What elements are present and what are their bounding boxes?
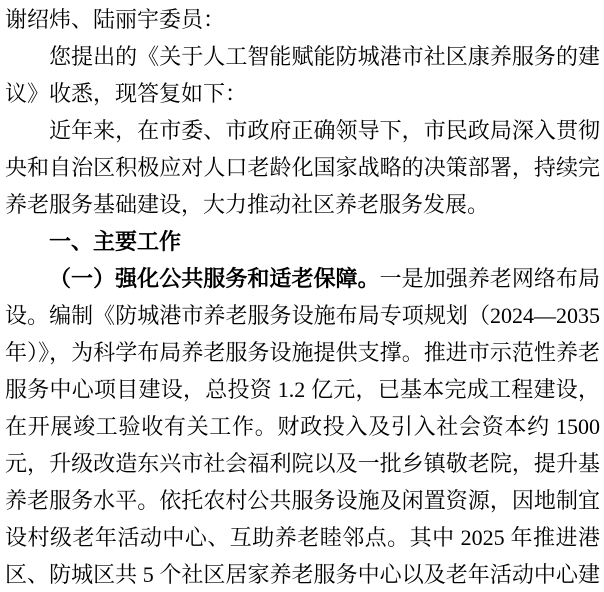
body-text: 设。编制《防城港市养老服务设施布局专项规划（2024—2035	[5, 303, 600, 328]
document-page: 谢绍炜、陆丽宇委员： 您提出的《关于人工智能赋能防城港市社区康养服务的建 议》收…	[0, 0, 604, 592]
body-text: 设村级老年活动中心、互助养老睦邻点。其中 2025 年推进港口	[5, 525, 600, 556]
salutation-text: 谢绍炜、陆丽宇委员：	[5, 7, 225, 32]
body-paragraph-line: 元，升级改造东兴市社会福利院以及一批乡镇敬老院，提升基层	[5, 445, 600, 482]
intro-paragraph-line: 议》收悉，现答复如下：	[5, 75, 600, 112]
bold-lead-phrase: （一）强化公共服务和适老保障。	[49, 266, 380, 291]
body-paragraph-line: 设村级老年活动中心、互助养老睦邻点。其中 2025 年推进港口	[5, 519, 600, 556]
background-text: 央和自治区积极应对人口老龄化国家战略的决策部署，持续完善	[5, 155, 600, 186]
background-paragraph-line: 养老服务基础建设，大力推动社区养老服务发展。	[5, 186, 600, 223]
body-text: 年）》，为科学布局养老服务设施提供支撑。推进市示范性养老	[5, 340, 600, 365]
body-text: 服务中心项目建设，总投资 1.2 亿元，已基本完成工程建设，正	[5, 377, 600, 408]
background-text: 养老服务基础建设，大力推动社区养老服务发展。	[5, 192, 489, 217]
intro-paragraph-line: 您提出的《关于人工智能赋能防城港市社区康养服务的建	[5, 38, 600, 75]
body-text: 养老服务水平。依托农村公共服务设施及闲置资源，因地制宜建	[5, 488, 600, 519]
intro-text: 您提出的《关于人工智能赋能防城港市社区康养服务的建	[49, 44, 600, 69]
body-paragraph-line: 养老服务水平。依托农村公共服务设施及闲置资源，因地制宜建	[5, 482, 600, 519]
body-paragraph-line: 在开展竣工验收有关工作。财政投入及引入社会资本约 1500 万	[5, 408, 600, 445]
body-paragraph-line: 年）》，为科学布局养老服务设施提供支撑。推进市示范性养老	[5, 334, 600, 371]
intro-text: 议》收悉，现答复如下：	[5, 81, 247, 106]
section-heading: 一、主要工作	[5, 223, 600, 260]
body-paragraph-line: （一）强化公共服务和适老保障。一是加强养老网络布局建	[5, 260, 600, 297]
background-text: 近年来，在市委、市政府正确领导下，市民政局深入贯彻中	[5, 118, 600, 149]
body-text: 区、防城区共 5 个社区居家养老服务中心以及老年活动中心建	[5, 562, 600, 587]
body-paragraph-line: 设。编制《防城港市养老服务设施布局专项规划（2024—2035	[5, 297, 600, 334]
salutation-line: 谢绍炜、陆丽宇委员：	[5, 1, 600, 38]
background-paragraph-line: 央和自治区积极应对人口老龄化国家战略的决策部署，持续完善	[5, 149, 600, 186]
body-paragraph-line: 服务中心项目建设，总投资 1.2 亿元，已基本完成工程建设，正	[5, 371, 600, 408]
body-text: 在开展竣工验收有关工作。财政投入及引入社会资本约 1500 万	[5, 414, 600, 445]
section-heading-text: 一、主要工作	[49, 229, 181, 254]
body-text: 元，升级改造东兴市社会福利院以及一批乡镇敬老院，提升基层	[5, 451, 600, 482]
background-paragraph-line: 近年来，在市委、市政府正确领导下，市民政局深入贯彻中	[5, 112, 600, 149]
body-paragraph-line: 区、防城区共 5 个社区居家养老服务中心以及老年活动中心建	[5, 556, 600, 592]
